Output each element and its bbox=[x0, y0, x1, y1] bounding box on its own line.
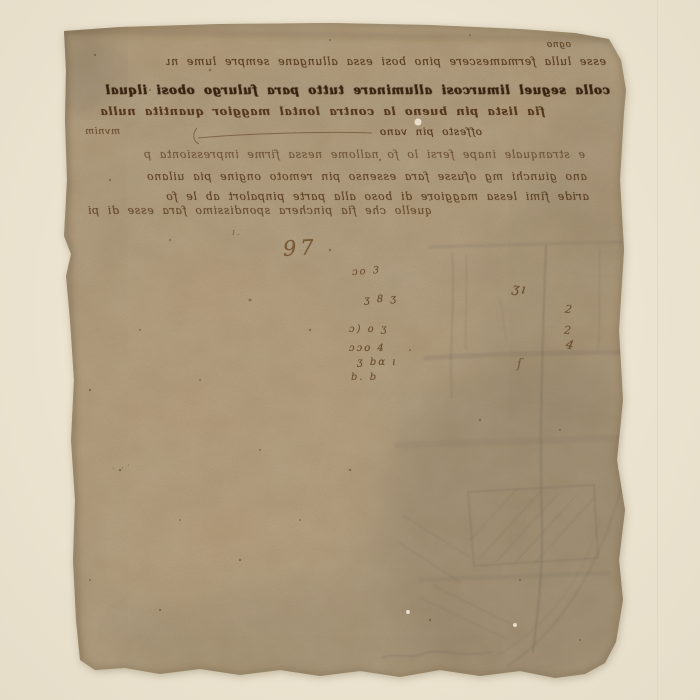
mirror-script-tiny-word: ogno bbox=[527, 41, 571, 51]
number-column-row: b. b bbox=[351, 372, 378, 383]
mirror-script-line: offesto pin vano bbox=[374, 127, 482, 139]
manuscript-photo: ogno esse lulla fermamescere pino bosi e… bbox=[0, 0, 700, 700]
mirror-script-line: aride fimi lessa maggiore di boso alla p… bbox=[91, 191, 589, 203]
number-column-row: ɔ) o ʒ bbox=[349, 324, 389, 335]
margin-numeral: ʒı bbox=[511, 281, 528, 298]
margin-numeral: 2 bbox=[564, 324, 574, 338]
number-column-row: ɔɔo 4 bbox=[349, 343, 386, 354]
number-column-row: ʒ 8 ʒ bbox=[364, 293, 399, 306]
stray-ink-marks: · ·˙ bbox=[112, 464, 132, 473]
mirror-script-line: ano giunchi mg ofusse fara essenso pin r… bbox=[67, 171, 587, 183]
folio-number: 97 bbox=[282, 235, 318, 261]
mirror-script-line: fia lista pin bueno la contra lontal mag… bbox=[63, 105, 545, 118]
mount-crease-line bbox=[657, 0, 658, 700]
mirror-script-line: e stranquale inape fersi lo fo nallome n… bbox=[71, 149, 585, 161]
number-column-row: ɔo 3 bbox=[352, 265, 382, 278]
mirror-script-line: colla seguel limurcosi alluminare tutto … bbox=[74, 84, 610, 97]
margin-numeral: ı. bbox=[232, 228, 242, 238]
margin-numeral: ſ bbox=[517, 357, 524, 372]
number-column-row: ʒ bɑ ı bbox=[357, 357, 397, 368]
mirror-script-line: quello che fia pinchera spondissimo fara… bbox=[62, 205, 432, 217]
margin-numeral: 2 bbox=[564, 303, 574, 317]
mirror-script-fragment: mvnim bbox=[62, 127, 120, 137]
mirror-script-line: esse lulla fermamescere pino bosi essa a… bbox=[166, 56, 606, 68]
